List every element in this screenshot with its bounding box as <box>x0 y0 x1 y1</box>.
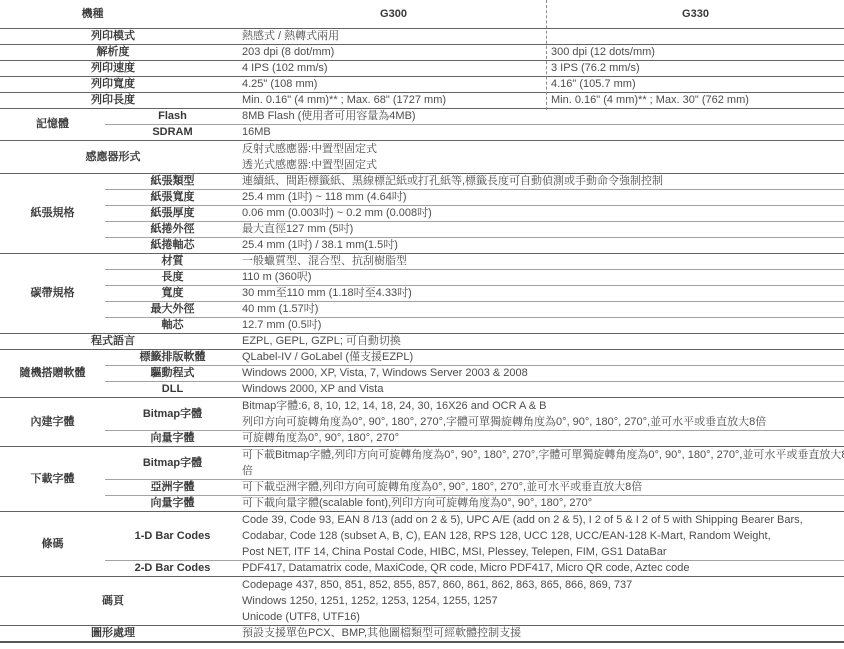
value-cell: 8MB Flash (使用者可用容量為4MB) <box>240 109 844 125</box>
spec-table: 機種 G300 G330 列印模式 熱感式 / 熱轉式兩用 解析度 203 dp… <box>0 0 844 643</box>
row-label: 列印模式 <box>0 29 240 45</box>
value-g330: Min. 0.16" (4 mm)** ; Max. 30" (762 mm) <box>547 93 844 109</box>
sub-label: 長度 <box>105 270 240 286</box>
value-line: Codabar, Code 128 (subset A, B, C), EAN … <box>242 528 844 544</box>
value-cell: 一般蠟質型、混合型、抗刮樹脂型 <box>240 254 844 270</box>
group-label-memory: 記憶體 <box>0 109 105 141</box>
value-cell: 預設支援單色PCX、BMP,其他圖檔類型可經軟體控制支援 <box>240 626 844 643</box>
row-ribbon-length: 長度 110 m (360呎) <box>0 270 844 286</box>
row-memory-flash: 記憶體 Flash 8MB Flash (使用者可用容量為4MB) <box>0 109 844 125</box>
value-cell: 最大直徑127 mm (5吋) <box>240 222 844 238</box>
value-cell: 0.06 mm (0.003吋) ~ 0.2 mm (0.008吋) <box>240 206 844 222</box>
value-line: 列印方向可旋轉角度為0°, 90°, 180°, 270°,字體可單獨旋轉角度為… <box>242 414 844 430</box>
g300-g330-column-divider <box>546 0 547 110</box>
value-line: Windows 1250, 1251, 1252, 1253, 1254, 12… <box>242 593 844 609</box>
value-cell: 可下載Bitmap字體,列印方向可旋轉角度為0°, 90°, 180°, 270… <box>240 447 844 480</box>
row-media-core: 紙捲軸芯 25.4 mm (1吋) / 38.1 mm(1.5吋) <box>0 238 844 254</box>
value-line: 反射式感應器:中置型固定式 <box>242 141 844 157</box>
group-label-download-fonts: 下載字體 <box>0 447 105 512</box>
sub-label: 向量字體 <box>105 431 240 447</box>
value-g330: 300 dpi (12 dots/mm) <box>547 45 844 61</box>
row-download-bitmap-font: 下載字體 Bitmap字體 可下載Bitmap字體,列印方向可旋轉角度為0°, … <box>0 447 844 480</box>
row-ribbon-width: 寬度 30 mm至110 mm (1.18吋至4.33吋) <box>0 286 844 302</box>
value-cell: PDF417, Datamatrix code, MaxiCode, QR co… <box>240 561 844 577</box>
row-label: 程式語言 <box>0 334 240 350</box>
row-ribbon-material: 碳帶規格 材質 一般蠟質型、混合型、抗刮樹脂型 <box>0 254 844 270</box>
value-line: 可下載Bitmap字體,列印方向可旋轉角度為0°, 90°, 180°, 270… <box>242 447 844 463</box>
value-line: Codepage 437, 850, 851, 852, 855, 857, 8… <box>242 577 844 593</box>
sub-label: Bitmap字體 <box>105 398 240 431</box>
sub-label: 紙捲外徑 <box>105 222 240 238</box>
group-label-barcodes: 條碼 <box>0 512 105 577</box>
sub-label: 紙張寬度 <box>105 190 240 206</box>
row-media-width: 紙張寬度 25.4 mm (1吋) ~ 118 mm (4.64吋) <box>0 190 844 206</box>
value-cell: 反射式感應器:中置型固定式 透光式感應器:中置型固定式 <box>240 141 844 174</box>
value-g330: 3 IPS (76.2 mm/s) <box>547 61 844 77</box>
row-media-roll-diameter: 紙捲外徑 最大直徑127 mm (5吋) <box>0 222 844 238</box>
group-label-media: 紙張規格 <box>0 174 105 254</box>
row-language: 程式語言 EZPL, GEPL, GZPL; 可自動切換 <box>0 334 844 350</box>
value-g300: 4 IPS (102 mm/s) <box>240 61 547 77</box>
sub-label: 材質 <box>105 254 240 270</box>
row-label: 列印寬度 <box>0 77 240 93</box>
row-resident-bitmap-font: 內建字體 Bitmap字體 Bitmap字體:6, 8, 10, 12, 14,… <box>0 398 844 431</box>
group-label-ribbon: 碳帶規格 <box>0 254 105 334</box>
value-line: Post NET, ITF 14, China Postal Code, HIB… <box>242 544 844 560</box>
value-g300: 4.25" (108 mm) <box>240 77 547 93</box>
row-download-asian-font: 亞洲字體 可下載亞洲字體,列印方向可旋轉角度為0°, 90°, 180°, 27… <box>0 480 844 496</box>
row-print-mode: 列印模式 熱感式 / 熱轉式兩用 <box>0 29 844 45</box>
sub-label: SDRAM <box>105 125 240 141</box>
row-media-type: 紙張規格 紙張類型 連續紙、間距標籤紙、黑線標記紙或打孔紙等,標籤長度可自動偵測… <box>0 174 844 190</box>
value-cell: 110 m (360呎) <box>240 270 844 286</box>
model-g330-header: G330 <box>547 0 844 29</box>
row-media-thickness: 紙張厚度 0.06 mm (0.003吋) ~ 0.2 mm (0.008吋) <box>0 206 844 222</box>
sub-label: 向量字體 <box>105 496 240 512</box>
sub-label: 亞洲字體 <box>105 480 240 496</box>
row-sensor-type: 感應器形式 反射式感應器:中置型固定式 透光式感應器:中置型固定式 <box>0 141 844 174</box>
row-label: 碼頁 <box>0 577 240 626</box>
row-graphics: 圖形處理 預設支援單色PCX、BMP,其他圖檔類型可經軟體控制支援 <box>0 626 844 643</box>
row-print-speed: 列印速度 4 IPS (102 mm/s) 3 IPS (76.2 mm/s) <box>0 61 844 77</box>
value-g330: 4.16" (105.7 mm) <box>547 77 844 93</box>
value-cell: Codepage 437, 850, 851, 852, 855, 857, 8… <box>240 577 844 626</box>
sub-label: 最大外徑 <box>105 302 240 318</box>
value-cell: Windows 2000, XP and Vista <box>240 382 844 398</box>
model-g300-header: G300 <box>240 0 547 29</box>
value-g300: 203 dpi (8 dot/mm) <box>240 45 547 61</box>
value-cell: 40 mm (1.57吋) <box>240 302 844 318</box>
value-cell: Code 39, Code 93, EAN 8 /13 (add on 2 & … <box>240 512 844 561</box>
value-cell: EZPL, GEPL, GZPL; 可自動切換 <box>240 334 844 350</box>
sub-label: Bitmap字體 <box>105 447 240 480</box>
row-1d-barcodes: 條碼 1-D Bar Codes Code 39, Code 93, EAN 8… <box>0 512 844 561</box>
row-label: 解析度 <box>0 45 240 61</box>
sub-label: DLL <box>105 382 240 398</box>
row-driver: 驅動程式 Windows 2000, XP, Vista, 7, Windows… <box>0 366 844 382</box>
row-label-software: 隨機搭贈軟體 標籤排版軟體 QLabel-IV / GoLabel (僅支援EZ… <box>0 350 844 366</box>
sub-label: Flash <box>105 109 240 125</box>
value-line: Bitmap字體:6, 8, 10, 12, 14, 18, 24, 30, 1… <box>242 398 844 414</box>
row-print-length: 列印長度 Min. 0.16" (4 mm)** ; Max. 68" (172… <box>0 93 844 109</box>
sub-label: 紙捲軸芯 <box>105 238 240 254</box>
row-label: 圖形處理 <box>0 626 240 643</box>
value-cell: 熱感式 / 熱轉式兩用 <box>240 29 844 45</box>
sub-label: 驅動程式 <box>105 366 240 382</box>
row-codepage: 碼頁 Codepage 437, 850, 851, 852, 855, 857… <box>0 577 844 626</box>
row-label: 感應器形式 <box>0 141 240 174</box>
row-resident-vector-font: 向量字體 可旋轉角度為0°, 90°, 180°, 270° <box>0 431 844 447</box>
row-download-vector-font: 向量字體 可下載向量字體(scalable font),列印方向可旋轉角度為0°… <box>0 496 844 512</box>
row-print-width: 列印寬度 4.25" (108 mm) 4.16" (105.7 mm) <box>0 77 844 93</box>
group-label-software: 隨機搭贈軟體 <box>0 350 105 398</box>
table-header-row: 機種 G300 G330 <box>0 0 844 29</box>
value-line: 倍 <box>242 463 844 479</box>
value-cell: 可下載亞洲字體,列印方向可旋轉角度為0°, 90°, 180°, 270°,並可… <box>240 480 844 496</box>
value-cell: 可旋轉角度為0°, 90°, 180°, 270° <box>240 431 844 447</box>
value-cell: 25.4 mm (1吋) ~ 118 mm (4.64吋) <box>240 190 844 206</box>
value-cell: Bitmap字體:6, 8, 10, 12, 14, 18, 24, 30, 1… <box>240 398 844 431</box>
sub-label: 1-D Bar Codes <box>105 512 240 561</box>
value-cell: 可下載向量字體(scalable font),列印方向可旋轉角度為0°, 90°… <box>240 496 844 512</box>
value-cell: 30 mm至110 mm (1.18吋至4.33吋) <box>240 286 844 302</box>
value-line: Unicode (UTF8, UTF16) <box>242 609 844 625</box>
value-cell: 連續紙、間距標籤紙、黑線標記紙或打孔紙等,標籤長度可自動偵測或手動命令強制控制 <box>240 174 844 190</box>
value-cell: 16MB <box>240 125 844 141</box>
value-cell: 25.4 mm (1吋) / 38.1 mm(1.5吋) <box>240 238 844 254</box>
sub-label: 寬度 <box>105 286 240 302</box>
row-label: 列印長度 <box>0 93 240 109</box>
row-dll: DLL Windows 2000, XP and Vista <box>0 382 844 398</box>
sub-label: 紙張厚度 <box>105 206 240 222</box>
sub-label: 紙張類型 <box>105 174 240 190</box>
value-line: Code 39, Code 93, EAN 8 /13 (add on 2 & … <box>242 512 844 528</box>
row-2d-barcodes: 2-D Bar Codes PDF417, Datamatrix code, M… <box>0 561 844 577</box>
sub-label: 軸芯 <box>105 318 240 334</box>
value-line: 透光式感應器:中置型固定式 <box>242 157 844 173</box>
row-ribbon-max-od: 最大外徑 40 mm (1.57吋) <box>0 302 844 318</box>
printer-spec-sheet: 機種 G300 G330 列印模式 熱感式 / 熱轉式兩用 解析度 203 dp… <box>0 0 844 649</box>
value-cell: Windows 2000, XP, Vista, 7, Windows Serv… <box>240 366 844 382</box>
group-label-resident-fonts: 內建字體 <box>0 398 105 447</box>
row-ribbon-core: 軸芯 12.7 mm (0.5吋) <box>0 318 844 334</box>
value-cell: QLabel-IV / GoLabel (僅支援EZPL) <box>240 350 844 366</box>
row-memory-sdram: SDRAM 16MB <box>0 125 844 141</box>
row-resolution: 解析度 203 dpi (8 dot/mm) 300 dpi (12 dots/… <box>0 45 844 61</box>
row-label: 列印速度 <box>0 61 240 77</box>
model-field-label: 機種 <box>0 0 240 29</box>
value-cell: 12.7 mm (0.5吋) <box>240 318 844 334</box>
sub-label: 標籤排版軟體 <box>105 350 240 366</box>
value-g300: Min. 0.16" (4 mm)** ; Max. 68" (1727 mm) <box>240 93 547 109</box>
sub-label: 2-D Bar Codes <box>105 561 240 577</box>
